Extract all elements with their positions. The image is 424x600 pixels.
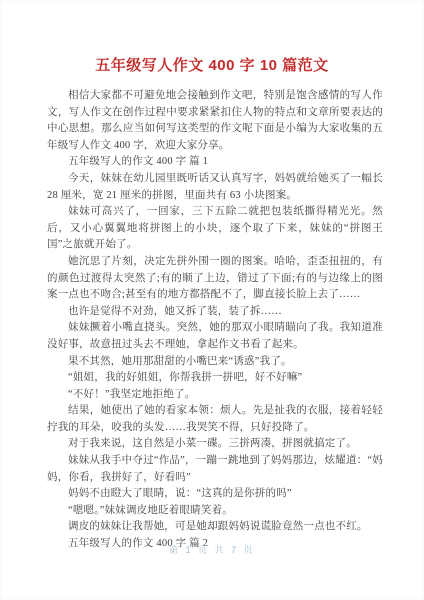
paragraph: 妹妹可高兴了，一回家，三下五除二就把包装纸撕得精光光。然后，又小心翼翼地将拼图上… xyxy=(47,204,383,254)
paragraph: 调皮的妹妹让我帮她，可是她却跟妈妈说谎脸竟然一点也不红。 xyxy=(47,519,383,536)
section-heading: 五年级写人的作文 400 字 篇 1 xyxy=(47,154,383,171)
paragraph: 也许是觉得不对劲，她又拆了装，装了拆…… xyxy=(47,304,383,321)
paragraph: “嗯嗯。”妹妹调皮地眨着眼睛笑着。 xyxy=(47,503,383,520)
paragraph: “不好！”我坚定地拒绝了。 xyxy=(47,387,383,404)
document-body: 相信大家都不可避免地会接触到作文吧，特别是饱含感情的写人作文，写人作文在创作过程… xyxy=(0,88,424,553)
document-page: 五年级写人作文 400 字 10 篇范文 相信大家都不可避免地会接触到作文吧，特… xyxy=(0,0,424,600)
page-title: 五年级写人作文 400 字 10 篇范文 xyxy=(30,54,394,75)
paragraph: 结果，她使出了她的看家本领：烦人。先是扯我的衣服，接着轻轻拧我的耳朵，咬我的头发… xyxy=(47,403,383,436)
page-number-indicator: 第 1 页 共 7 页 xyxy=(0,543,424,556)
paragraph: “姐姐，我的好姐姐，你帮我拼一拼吧，好不好嘛” xyxy=(47,370,383,387)
paragraph: 今天，妹妹在幼儿园里既听话又认真写字，妈妈就给她买了一幅长 28 厘米，宽 21… xyxy=(47,171,383,204)
paragraph: 相信大家都不可避免地会接触到作文吧，特别是饱含感情的写人作文，写人作文在创作过程… xyxy=(47,88,383,154)
paragraph: 妹妹撅着小嘴直挠头。突然，她的那双小眼睛瞄向了我。我知道准没好事，故意扭过头去不… xyxy=(47,320,383,353)
paragraph: 她沉思了片刻，决定先拼外围一圈的图案。哈哈，歪歪扭扭的，有的颜色过渡得太突然了;… xyxy=(47,254,383,304)
paragraph: 果不其然，她用那甜甜的小嘴巴来“诱惑”我了。 xyxy=(47,354,383,371)
paragraph: 对于我来说，这自然是小菜一碟。三拼两凑，拼图就搞定了。 xyxy=(47,436,383,453)
paragraph: 妹妹从我手中夺过“作品”，一蹦一跳地到了妈妈那边，炫耀道：“妈妈，你看，我拼好了… xyxy=(47,453,383,486)
paragraph: 妈妈不由瞪大了眼睛，说：“这真的是你拼的吗” xyxy=(47,486,383,503)
